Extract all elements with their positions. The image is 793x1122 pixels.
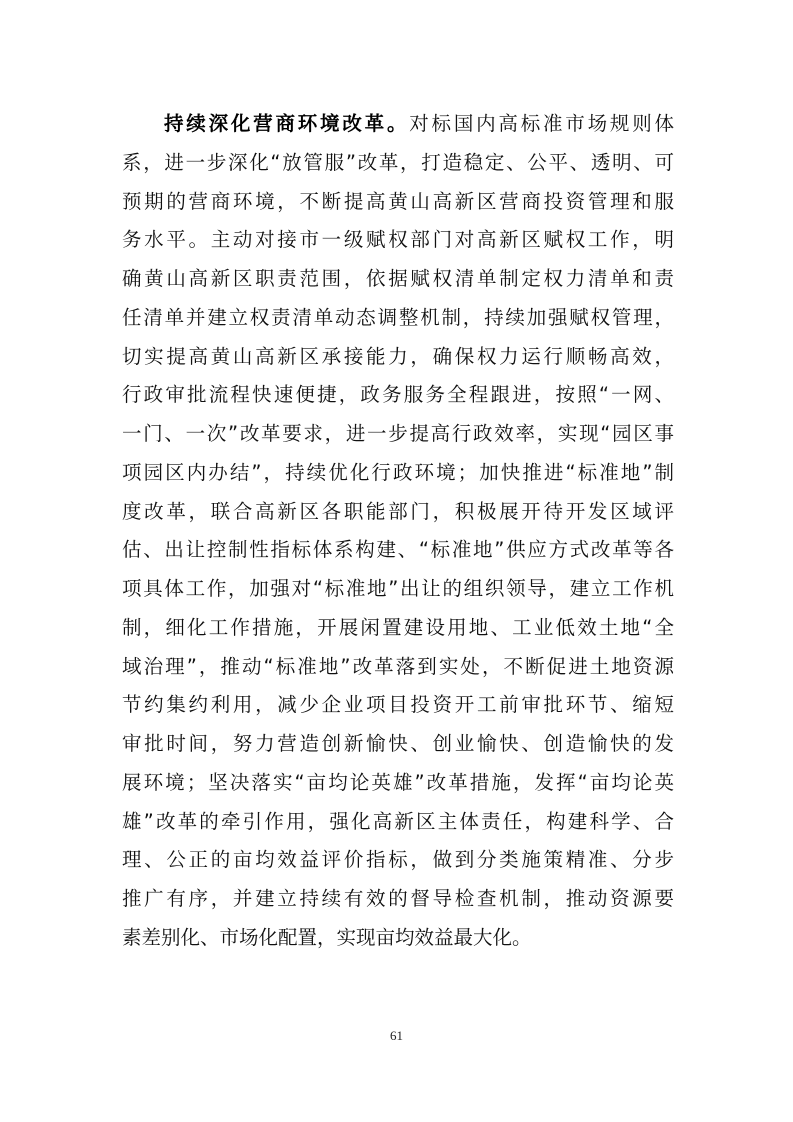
paragraph-line: 理、公正的亩均效益评价指标，做到分类施策精准、分步 xyxy=(122,845,674,875)
paragraph-line: 系，进一步深化“放管服”改革，打造稳定、公平、透明、可 xyxy=(122,148,674,178)
section-heading: 持续深化营商环境改革。 xyxy=(164,112,409,135)
paragraph-line: 切实提高黄山高新区承接能力，确保权力运行顺畅高效， xyxy=(122,342,674,372)
paragraph-line: 展环境；坚决落实“亩均论英雄”改革措施，发挥“亩均论英 xyxy=(122,768,674,798)
paragraph-text: 对标国内高标准市场规则体 xyxy=(409,112,674,135)
paragraph-line: 雄”改革的牵引作用，强化高新区主体责任，构建科学、合 xyxy=(122,807,674,837)
paragraph-line-last: 素差别化、市场化配置，实现亩均效益最大化。 xyxy=(122,923,674,953)
paragraph-line: 预期的营商环境，不断提高黄山高新区营商投资管理和服 xyxy=(122,187,674,217)
document-page: 持续深化营商环境改革。对标国内高标准市场规则体 系，进一步深化“放管服”改革，打… xyxy=(0,0,793,1122)
paragraph-line: 域治理”，推动“标准地”改革落到实处，不断促进土地资源 xyxy=(122,652,674,682)
paragraph-line: 审批时间，努力营造创新愉快、创业愉快、创造愉快的发 xyxy=(122,729,674,759)
paragraph-line: 确黄山高新区职责范围，依据赋权清单制定权力清单和责 xyxy=(122,264,674,294)
paragraph-line: 推广有序，并建立持续有效的督导检查机制，推动资源要 xyxy=(122,884,674,914)
paragraph-line: 估、出让控制性指标体系构建、“标准地”供应方式改革等各 xyxy=(122,535,674,565)
paragraph-line: 项园区内办结”，持续优化行政环境；加快推进“标准地”制 xyxy=(122,458,674,488)
paragraph-line: 项具体工作，加强对“标准地”出让的组织领导，建立工作机 xyxy=(122,574,674,604)
paragraph-line: 务水平。主动对接市一级赋权部门对高新区赋权工作，明 xyxy=(122,225,674,255)
paragraph-line: 任清单并建立权责清单动态调整机制，持续加强赋权管理， xyxy=(122,303,674,333)
paragraph-line: 行政审批流程快速便捷，政务服务全程跟进，按照“一网、 xyxy=(122,380,674,410)
paragraph-line: 一门、一次”改革要求，进一步提高行政效率，实现“园区事 xyxy=(122,419,674,449)
paragraph-line-1: 持续深化营商环境改革。对标国内高标准市场规则体 xyxy=(164,109,674,139)
paragraph-line: 度改革，联合高新区各职能部门，积极展开待开发区域评 xyxy=(122,497,674,527)
page-number: 61 xyxy=(0,1028,793,1044)
paragraph-line: 制，细化工作措施，开展闲置建设用地、工业低效土地“全 xyxy=(122,613,674,643)
paragraph-line: 节约集约利用，减少企业项目投资开工前审批环节、缩短 xyxy=(122,690,674,720)
